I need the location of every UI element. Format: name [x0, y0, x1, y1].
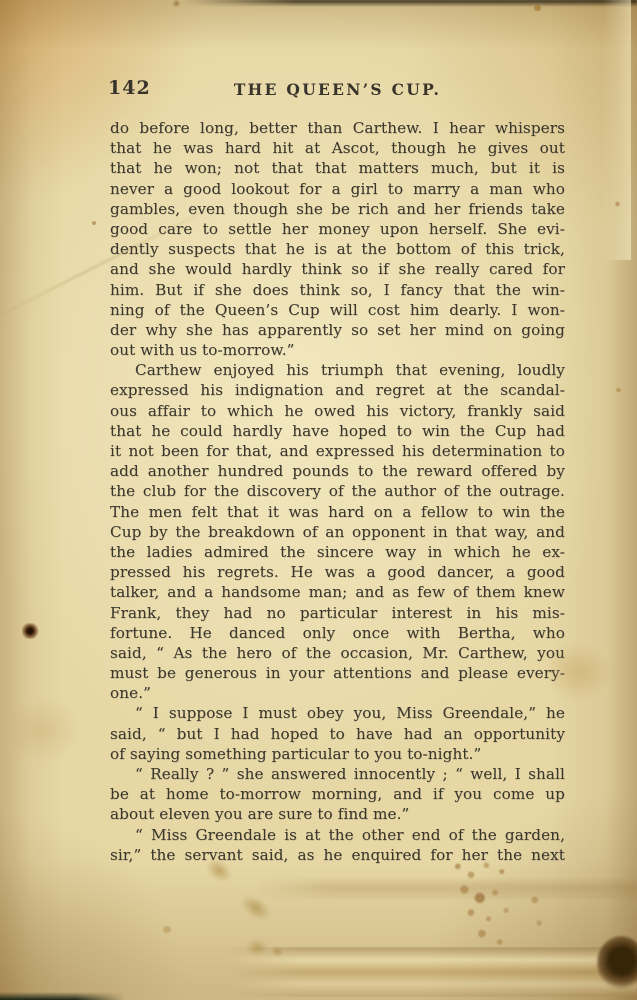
text-line: “ Really ? ” she answered innocently ; “…: [110, 764, 565, 784]
text-line: sir,” the servant said, as he enquired f…: [110, 845, 565, 865]
text-line: never a good lookout for a girl to marry…: [110, 179, 565, 199]
text-line: der why she has apparently so set her mi…: [110, 320, 565, 340]
page-header: 142 THE QUEEN’S CUP.: [110, 77, 565, 103]
scan-blur-streak: [228, 947, 637, 997]
text-line: add another hundred pounds to the reward…: [110, 461, 565, 481]
text-line: it not been for that, and expressed his …: [110, 441, 565, 461]
text-block: do before long, better than Carthew. I h…: [110, 118, 565, 865]
paper-speck: [616, 388, 621, 392]
text-line: said, “ but I had hoped to have had an o…: [110, 724, 565, 744]
text-line: good care to settle her money upon herse…: [110, 219, 565, 239]
text-line: out with us to-morrow.”: [110, 340, 565, 360]
text-line: him. But if she does think so, I fancy t…: [110, 280, 565, 300]
paper-speck: [614, 201, 621, 207]
text-line: ning of the Queen’s Cup will cost him de…: [110, 300, 565, 320]
text-line: Frank, they had no particular interest i…: [110, 603, 565, 623]
page-number: 142: [108, 77, 151, 99]
text-line: that he won; not that that matters much,…: [110, 158, 565, 178]
text-line: The men felt that it was hard on a fello…: [110, 502, 565, 522]
foxing-spot: [246, 939, 268, 956]
text-line: one.”: [110, 683, 565, 703]
book-page: 142 THE QUEEN’S CUP. do before long, bet…: [0, 0, 637, 1000]
paper-stain: [6, 698, 80, 762]
foxing-cluster: [438, 858, 548, 963]
page-edge-highlight: [603, 0, 631, 260]
text-line: Carthew enjoyed his triumph that evening…: [110, 360, 565, 380]
text-line: and she would hardly think so if she rea…: [110, 259, 565, 279]
text-line: dently suspects that he is at the bottom…: [110, 239, 565, 259]
text-line: “ I suppose I must obey you, Miss Greend…: [110, 703, 565, 723]
text-line: ous affair to which he owed his victory,…: [110, 401, 565, 421]
paper-speck: [92, 221, 96, 225]
text-line: the club for the discovery of the author…: [110, 481, 565, 501]
foxing-spot: [236, 890, 275, 926]
paper-speck: [534, 5, 541, 11]
text-line: expressed his indignation and regret at …: [110, 380, 565, 400]
text-line: that he was hard hit at Ascot, though he…: [110, 138, 565, 158]
text-line: fortune. He danced only once with Bertha…: [110, 623, 565, 643]
text-line: the ladies admired the sincere way in wh…: [110, 542, 565, 562]
text-line: of saying something particular to you to…: [110, 744, 565, 764]
text-line: said, “ As the hero of the occasion, Mr.…: [110, 643, 565, 663]
text-line: must be generous in your attentions and …: [110, 663, 565, 683]
scan-edge-shadow-top: [182, 0, 637, 7]
ink-blot: [597, 936, 637, 990]
text-line: about eleven you are sure to find me.”: [110, 804, 565, 824]
text-line: Cup by the breakdown of an opponent in t…: [110, 522, 565, 542]
text-line: gambles, even though she be rich and her…: [110, 199, 565, 219]
text-line: be at home to-morrow morning, and if you…: [110, 784, 565, 804]
text-line: pressed his regrets. He was a good dance…: [110, 562, 565, 582]
scan-edge-shadow-bottom-left: [0, 992, 125, 1000]
ink-spot: [22, 623, 40, 639]
running-title: THE QUEEN’S CUP.: [234, 80, 441, 99]
foxing-spot: [163, 926, 171, 933]
paper-speck: [172, 0, 181, 7]
scan-blur-streak: [255, 877, 637, 900]
text-line: talker, and a handsome man; and as few o…: [110, 582, 565, 602]
text-line: that he could hardly have hoped to win t…: [110, 421, 565, 441]
foxing-spot: [271, 946, 284, 957]
text-line: “ Miss Greendale is at the other end of …: [110, 825, 565, 845]
text-line: do before long, better than Carthew. I h…: [110, 118, 565, 138]
